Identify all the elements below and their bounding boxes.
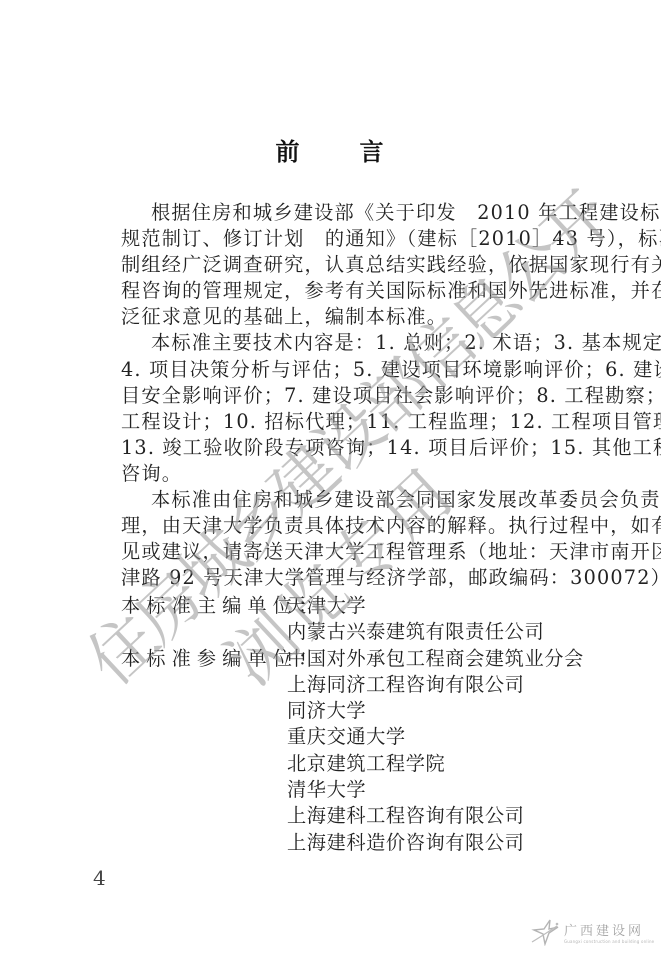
text-line: 根据住房和城乡建设部《关于印发 2010 年工程建设标准 [91, 200, 577, 226]
participating-editor-unit: 上海建科造价咨询有限公司 [287, 830, 524, 856]
participating-editor-row: 上海建科造价咨询有限公司 [121, 830, 584, 856]
paragraph-contents: 本标准主要技术内容是：1. 总则；2. 术语；3. 基本规定； 4. 项目决策分… [91, 330, 577, 487]
site-logo-subtitle: Guangxi construction and building online [564, 939, 654, 944]
participating-editor-unit: 上海同济工程咨询有限公司 [287, 672, 524, 698]
chief-editor-label: 本标准主编单位： [121, 593, 287, 619]
chief-editor-row: 内蒙古兴泰建筑有限责任公司 [121, 619, 584, 645]
document-page: 前言 根据住房和城乡建设部《关于印发 2010 年工程建设标准 规范制订、修订计… [0, 0, 661, 958]
participating-editor-row: 北京建筑工程学院 [121, 751, 584, 777]
text-line: 见或建议，请寄送天津大学工程管理系（地址：天津市南开区卫 [91, 539, 577, 565]
paragraph-management: 本标准由住房和城乡建设部会同国家发展改革委员会负责管 理，由天津大学负责具体技术… [91, 487, 577, 591]
participating-editor-label: 本标准参编单位： [121, 646, 287, 672]
page-title: 前言 [0, 132, 661, 167]
participating-editor-row: 上海建科工程咨询有限公司 [121, 803, 584, 829]
star-swoosh-icon [530, 918, 560, 946]
paragraph-background: 根据住房和城乡建设部《关于印发 2010 年工程建设标准 规范制订、修订计划 的… [91, 200, 577, 330]
participating-editor-unit: 同济大学 [287, 698, 366, 724]
editing-units: 本标准主编单位： 天津大学 内蒙古兴泰建筑有限责任公司 本标准参编单位： 中国对… [121, 593, 584, 856]
participating-editor-row: 清华大学 [121, 777, 584, 803]
text-line: 13. 竣工验收阶段专项咨询；14. 项目后评价；15. 其他工程 [91, 435, 577, 461]
text-line: 程咨询的管理规定，参考有关国际标准和国外先进标准，并在广 [91, 278, 577, 304]
site-logo: 广西建设网 Guangxi construction and building … [530, 918, 654, 946]
preface-body: 根据住房和城乡建设部《关于印发 2010 年工程建设标准 规范制订、修订计划 的… [91, 200, 577, 591]
participating-editor-unit: 北京建筑工程学院 [287, 751, 445, 777]
text-line: 津路 92 号天津大学管理与经济学部，邮政编码：300072）。 [91, 565, 577, 591]
site-logo-name: 广西建设网 [564, 920, 654, 939]
text-line: 工程设计；10. 招标代理；11. 工程监理；12. 工程项目管理； [91, 409, 577, 435]
title-char-2: 言 [360, 132, 386, 167]
participating-editor-row: 重庆交通大学 [121, 724, 584, 750]
chief-editor-row: 本标准主编单位： 天津大学 [121, 593, 584, 619]
text-line: 泛征求意见的基础上，编制本标准。 [91, 304, 577, 330]
participating-editor-unit: 上海建科工程咨询有限公司 [287, 803, 524, 829]
text-line: 咨询。 [91, 461, 577, 487]
participating-editor-row: 本标准参编单位： 中国对外承包工程商会建筑业分会 [121, 646, 584, 672]
text-line: 本标准由住房和城乡建设部会同国家发展改革委员会负责管 [91, 487, 577, 513]
text-line: 制组经广泛调查研究，认真总结实践经验，依据国家现行有关工 [91, 252, 577, 278]
participating-editor-row: 上海同济工程咨询有限公司 [121, 672, 584, 698]
page-number: 4 [93, 866, 106, 890]
chief-editor-unit: 天津大学 [287, 593, 366, 619]
text-line: 本标准主要技术内容是：1. 总则；2. 术语；3. 基本规定； [91, 330, 577, 356]
participating-editor-unit: 重庆交通大学 [287, 724, 406, 750]
participating-editor-row: 同济大学 [121, 698, 584, 724]
text-line: 理，由天津大学负责具体技术内容的解释。执行过程中，如有意 [91, 513, 577, 539]
chief-editor-unit: 内蒙古兴泰建筑有限责任公司 [287, 619, 544, 645]
text-line: 规范制订、修订计划 的通知》（建标［2010］43 号），标准编 [91, 226, 577, 252]
participating-editor-unit: 中国对外承包工程商会建筑业分会 [287, 646, 584, 672]
participating-editor-unit: 清华大学 [287, 777, 366, 803]
text-line: 目安全影响评价；7. 建设项目社会影响评价；8. 工程勘察；9. [91, 383, 577, 409]
text-line: 4. 项目决策分析与评估；5. 建设项目环境影响评价；6. 建设项 [91, 357, 577, 383]
title-char-1: 前 [276, 132, 302, 167]
